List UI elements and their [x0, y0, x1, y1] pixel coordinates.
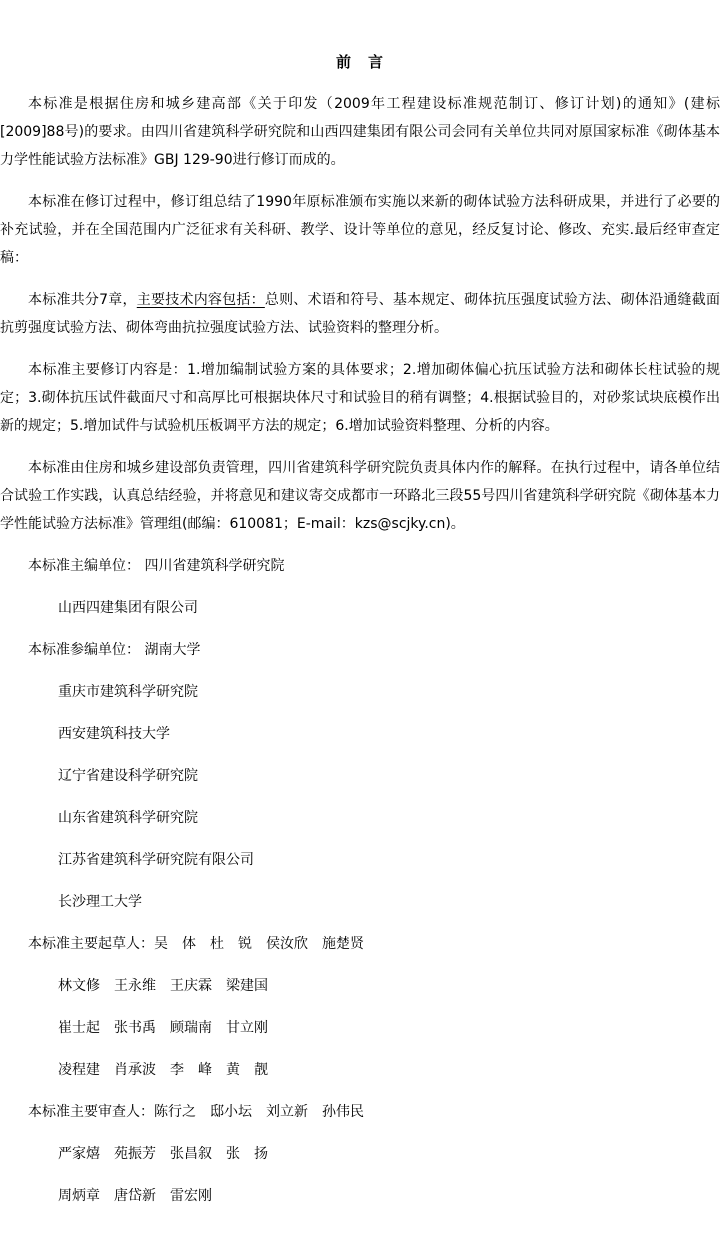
- paragraph-management-contact: 本标准由住房和城乡建设部负责管理，四川省建筑科学研究院负责具体内作的解释。在执行…: [0, 454, 720, 538]
- participating-org-line: 山东省建筑科学研究院: [0, 804, 720, 832]
- reviewers-line: 严家熺 苑振芳 张昌叙 张 扬: [0, 1140, 720, 1168]
- participating-org-line: 西安建筑科技大学: [0, 720, 720, 748]
- reviewers-line: 周炳章 唐岱新 雷宏刚: [0, 1182, 720, 1210]
- foreword-page: 前 言 本标准是根据住房和城乡建高部《关于印发（2009年工程建设标准规范制订、…: [0, 0, 720, 1246]
- reviewers-line: 本标准主要审查人：陈行之 邸小坛 刘立新 孙伟民: [0, 1098, 720, 1126]
- paragraph-main-revisions: 本标准主要修订内容是：1.增加编制试验方案的具体要求；2.增加砌体偏心抗压试验方…: [0, 356, 720, 440]
- participating-org-line: 江苏省建筑科学研究院有限公司: [0, 846, 720, 874]
- page-title: 前 言: [0, 48, 720, 76]
- drafters-line: 林文修 王永维 王庆霖 梁建国: [0, 972, 720, 1000]
- paragraph-revision-process: 本标准在修订过程中，修订组总结了1990年原标准颁布实施以来新的砌体试验方法科研…: [0, 188, 720, 272]
- drafters-line: 崔士起 张书禹 顾瑞南 甘立刚: [0, 1014, 720, 1042]
- drafters-line: 凌程建 肖承波 李 峰 黄 靓: [0, 1056, 720, 1084]
- drafters-line: 本标准主要起草人：吴 体 杜 锐 侯汝欣 施楚贤: [0, 930, 720, 958]
- paragraph-contents-underlined-phrase: 主要技术内容包括：: [137, 292, 265, 308]
- chief-editing-org-line: 本标准主编单位： 四川省建筑科学研究院: [0, 552, 720, 580]
- paragraph-contents: 本标准共分7章，主要技术内容包括：总则、术语和符号、基本规定、砌体抗压强度试验方…: [0, 286, 720, 342]
- participating-org-line: 辽宁省建设科学研究院: [0, 762, 720, 790]
- chief-editing-org-line: 山西四建集团有限公司: [0, 594, 720, 622]
- paragraph-contents-lead: 本标准共分7章，: [28, 292, 137, 308]
- participating-org-line: 本标准参编单位： 湖南大学: [0, 636, 720, 664]
- paragraph-basis: 本标准是根据住房和城乡建高部《关于印发（2009年工程建设标准规范制订、修订计划…: [0, 90, 720, 174]
- participating-org-line: 长沙理工大学: [0, 888, 720, 916]
- participating-org-line: 重庆市建筑科学研究院: [0, 678, 720, 706]
